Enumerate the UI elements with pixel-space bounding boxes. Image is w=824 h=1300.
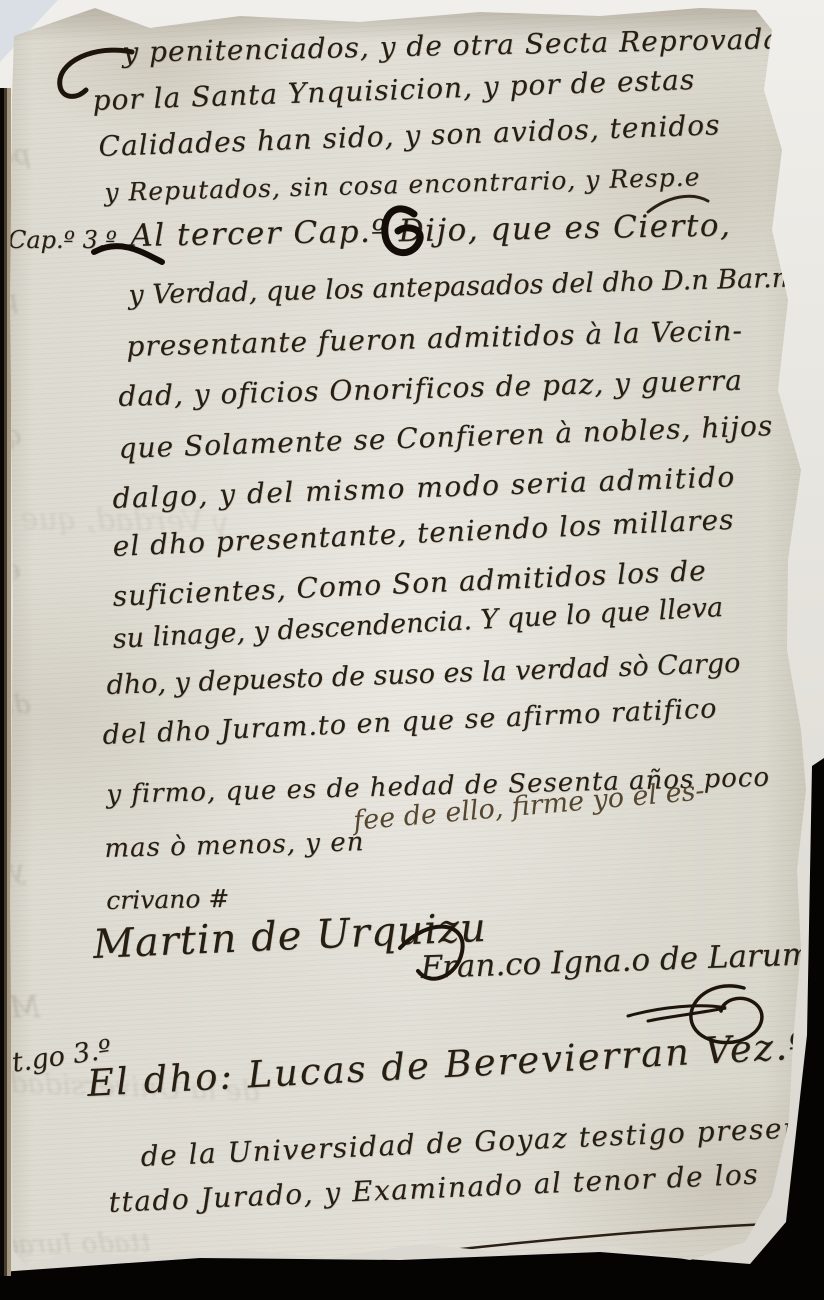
binding-edge — [0, 88, 11, 1276]
flourish-underline — [628, 1006, 726, 1021]
flourish-opening-swash — [60, 50, 132, 96]
ink-blot — [385, 209, 420, 253]
flourish-margin-dash — [94, 246, 162, 262]
flourish-signature-link — [400, 927, 463, 979]
manuscript-page: por la Santa Ynquisicion, y por de estas… — [0, 0, 824, 1300]
flourish-respe-dash — [648, 196, 708, 212]
pen-flourishes — [0, 0, 824, 1300]
scanned-manuscript: por la Santa Ynquisicion, y por de estas… — [0, 0, 824, 1300]
signature-paraph — [691, 986, 762, 1043]
